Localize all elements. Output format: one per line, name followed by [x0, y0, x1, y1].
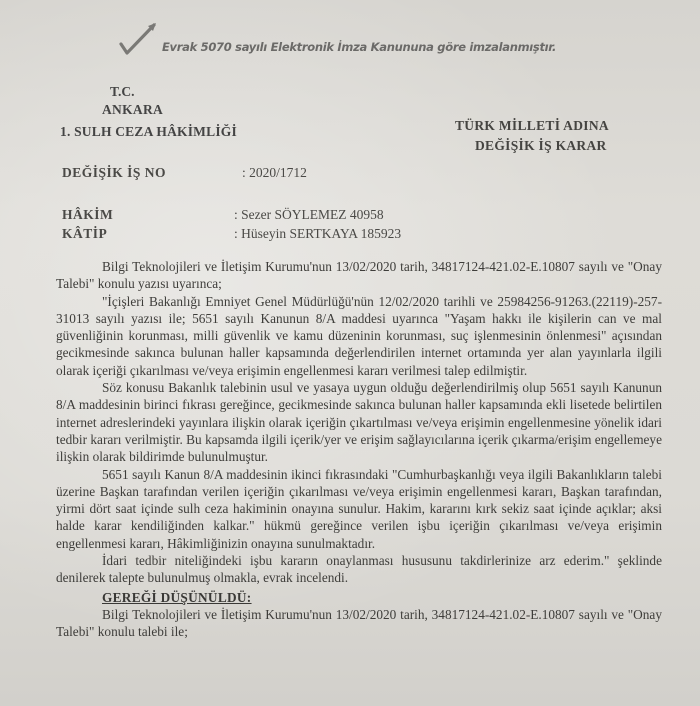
paragraph-2: "İçişleri Bakanlığı Emniyet Genel Müdürl… [56, 293, 662, 379]
paragraph-4: 5651 sayılı Kanun 8/A maddesinin ikinci … [56, 466, 662, 552]
judge-value: : Sezer SÖYLEMEZ 40958 [234, 207, 384, 223]
e-signature-stamp: Evrak 5070 sayılı Elektronik İmza Kanunu… [118, 22, 556, 56]
paragraph-6: Bilgi Teknolojileri ve İletişim Kurumu'n… [56, 606, 662, 641]
case-number-value: : 2020/1712 [242, 165, 307, 181]
clerk-value: : Hüseyin SERTKAYA 185923 [234, 226, 401, 242]
case-number-label: DEĞİŞİK İŞ NO [62, 165, 166, 181]
pen-check-icon [118, 22, 158, 56]
paragraph-3: Söz konusu Bakanlık talebinin usul ve ya… [56, 379, 662, 465]
considered-heading: GEREĞİ DÜŞÜNÜLDÜ: [56, 589, 662, 606]
e-signature-text: Evrak 5070 sayılı Elektronik İmza Kanunu… [162, 40, 556, 54]
paragraph-5: İdari tedbir niteliğindeki işbu kararın … [56, 552, 662, 587]
judge-label: HÂKİM [62, 207, 113, 223]
decision-header: TÜRK MİLLETİ ADINA DEĞİŞİK İŞ KARAR [455, 118, 609, 154]
decision-body: Bilgi Teknolojileri ve İletişim Kurumu'n… [56, 258, 662, 641]
tc-label: T.C. [110, 84, 135, 100]
paragraph-1: Bilgi Teknolojileri ve İletişim Kurumu'n… [56, 258, 662, 293]
decision-type: DEĞİŞİK İŞ KARAR [475, 138, 609, 154]
clerk-label: KÂTİP [62, 226, 107, 242]
document-page: Evrak 5070 sayılı Elektronik İmza Kanunu… [0, 0, 700, 706]
court-name: 1. SULH CEZA HÂKİMLİĞİ [60, 124, 237, 140]
nation-title: TÜRK MİLLETİ ADINA [455, 118, 609, 134]
city-label: ANKARA [102, 102, 163, 118]
